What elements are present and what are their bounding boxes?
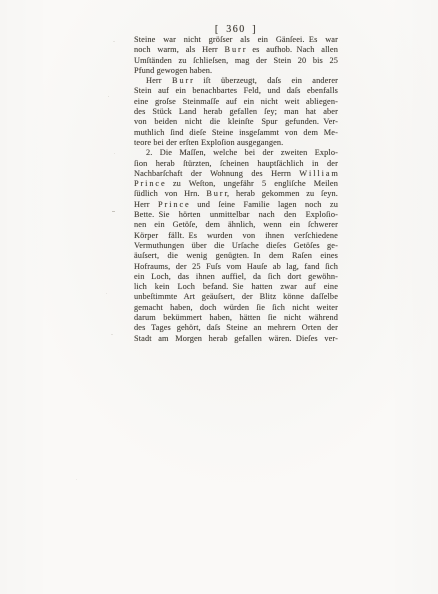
text-line: Herr P r i n c e und ſeine Familie lagen… bbox=[134, 200, 338, 210]
scanned-page: [ 360 ] Steine war nicht gröſser als ein… bbox=[0, 0, 438, 594]
text-line: Hofraums, der 25 Fuſs vom Hauſe ab lag, … bbox=[134, 262, 338, 272]
text-line: Umſtänden zu ſchlieſsen, mag der Stein 2… bbox=[134, 56, 338, 66]
scan-speck bbox=[113, 41, 115, 42]
scan-speck bbox=[111, 334, 113, 335]
text-line: Pfund gewogen haben. bbox=[134, 66, 338, 76]
text-line: Körper fällt. Es wurden von ihnen verſch… bbox=[134, 231, 338, 241]
text-line: teore bei der erſten Exploſion ausgegang… bbox=[134, 138, 338, 148]
text-line: Stein auf ein benachbartes Feld, und daſ… bbox=[134, 86, 338, 96]
scan-speck bbox=[114, 153, 115, 154]
text-line: Steine war nicht gröſser als ein Gänſeei… bbox=[134, 35, 338, 45]
text-line: Nachbarſchaft der Wohnung des Herrn W i … bbox=[134, 169, 338, 179]
page-number-header: [ 360 ] bbox=[134, 24, 338, 35]
text-line: 2. Die Maſſen, welche bei der zweiten Ex… bbox=[134, 148, 338, 158]
text-line: muthlich ſind dieſe Steine insgeſammt vo… bbox=[134, 128, 338, 138]
text-line: von beiden nicht die kleinſte Spur gefun… bbox=[134, 117, 338, 127]
text-line: gemacht haben, doch würden ſie ſich nich… bbox=[134, 303, 338, 313]
text-line: nen ein Getöſe, dem ähnlich, wenn ein ſc… bbox=[134, 220, 338, 230]
scan-speck bbox=[76, 479, 77, 480]
text-line: des Stück Land herab gefallen ſey; man h… bbox=[134, 107, 338, 117]
text-line: noch warm, als Herr B u r r es aufhob. N… bbox=[134, 45, 338, 55]
text-line: Bette. Sie hörten unmittelbar nach den E… bbox=[134, 210, 338, 220]
text-line: äuſsert, die wenig genügten. In dem Raſe… bbox=[134, 251, 338, 261]
text-line: P r i n c e zu Weſton, ungefähr 5 engliſ… bbox=[134, 179, 338, 189]
scan-speck bbox=[112, 211, 115, 212]
body-text: Steine war nicht gröſser als ein Gänſeei… bbox=[134, 35, 338, 344]
text-line: ſüdlich von Hrn. B u r r, herab gekommen… bbox=[134, 189, 338, 199]
scan-speck bbox=[108, 96, 109, 97]
text-line: Stadt am Morgen herab gefallen wären. Di… bbox=[134, 334, 338, 344]
scan-speck bbox=[106, 293, 107, 294]
text-line: Vermuthungen über die Urſache dieſes Get… bbox=[134, 241, 338, 251]
text-line: des Tages gehört, daſs Steine an mehrern… bbox=[134, 323, 338, 333]
text-line: ein Loch, das ihnen auffiel, da ſich dor… bbox=[134, 272, 338, 282]
text-line: ſion herab ſtürzten, ſcheinen hauptſächl… bbox=[134, 159, 338, 169]
text-line: eine groſse Steinmaſſe auf ein nicht wei… bbox=[134, 97, 338, 107]
text-line: lich kein Loch befand. Sie hatten zwar a… bbox=[134, 282, 338, 292]
text-line: darum bekümmert haben, hätten ſie nicht … bbox=[134, 313, 338, 323]
text-line: unbeſtimmte Art geäuſsert, der Blitz kön… bbox=[134, 292, 338, 302]
text-line: Herr B u r r iſt überzeugt, daſs ein and… bbox=[134, 76, 338, 86]
